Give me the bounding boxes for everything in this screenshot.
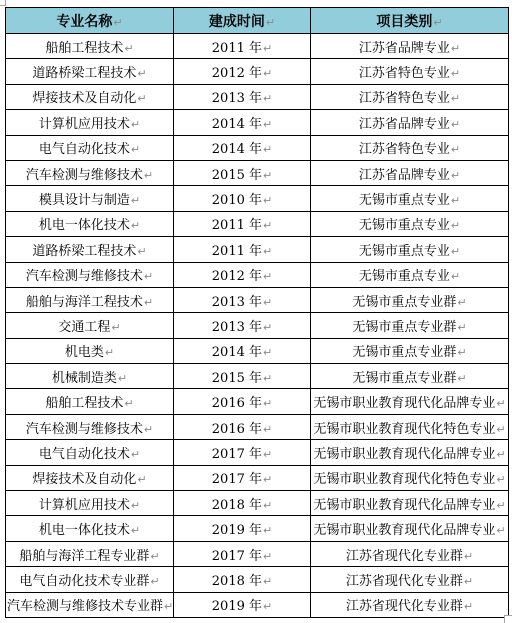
- paragraph-mark-icon: ↵: [496, 397, 505, 410]
- col-header-major-name[interactable]: 专业名称↵: [6, 8, 174, 34]
- project-category-cell[interactable]: 江苏省现代化专业群↵: [311, 541, 509, 566]
- paragraph-mark-icon: ↵: [263, 346, 272, 359]
- built-year-cell[interactable]: 2012 年↵: [174, 262, 311, 287]
- built-year-cell[interactable]: 2014 年↵: [174, 135, 311, 160]
- built-year-cell[interactable]: 2017 年↵: [174, 465, 311, 490]
- table-row: 计算机应用技术↵2014 年↵江苏省品牌专业↵: [6, 110, 509, 135]
- project-category-cell[interactable]: 无锡市重点专业↵: [311, 186, 509, 211]
- major-name-cell[interactable]: 汽车检测与维修技术↵: [6, 262, 174, 287]
- cell-text: 江苏省品牌专业: [359, 41, 450, 56]
- cell-text: 无锡市职业教育现代化品牌专业: [313, 447, 495, 462]
- paragraph-mark-icon: ↵: [144, 169, 153, 182]
- major-name-cell[interactable]: 道路桥梁工程技术↵: [6, 237, 174, 262]
- paragraph-mark-icon: ↵: [451, 118, 460, 131]
- paragraph-mark-icon: ↵: [263, 245, 272, 258]
- table-row: 汽车检测与维修技术↵2012 年↵无锡市重点专业↵: [6, 262, 509, 287]
- col-header-built-year[interactable]: 建成时间↵: [174, 8, 311, 34]
- paragraph-mark-icon: ↵: [118, 372, 127, 385]
- paragraph-mark-icon: ↵: [496, 499, 505, 512]
- project-category-cell[interactable]: 江苏省特色专业↵: [311, 59, 509, 84]
- cell-text: 焊接技术及自动化: [32, 91, 136, 106]
- paragraph-mark-icon: ↵: [150, 550, 159, 563]
- cell-text: 机电类: [65, 345, 104, 360]
- cell-text: 2015 年: [212, 168, 262, 183]
- cell-text: 江苏省现代化专业群: [346, 549, 463, 564]
- project-category-cell[interactable]: 江苏省品牌专业↵: [311, 34, 509, 59]
- paragraph-mark-icon: ↵: [263, 118, 272, 131]
- project-category-cell[interactable]: 江苏省品牌专业↵: [311, 160, 509, 185]
- project-category-cell[interactable]: 无锡市重点专业↵: [311, 237, 509, 262]
- paragraph-mark-icon: ↵: [263, 397, 272, 410]
- cell-text: 江苏省现代化专业群: [346, 599, 463, 614]
- table-row: 计算机应用技术↵2018 年↵无锡市职业教育现代化品牌专业↵: [6, 491, 509, 516]
- built-year-cell[interactable]: 2014 年↵: [174, 338, 311, 363]
- major-name-cell[interactable]: 道路桥梁工程技术↵: [6, 59, 174, 84]
- cell-text: 无锡市重点专业群: [352, 345, 456, 360]
- paragraph-mark-icon: ↵: [451, 219, 460, 232]
- major-name-cell[interactable]: 船舶与海洋工程专业群↵: [6, 541, 174, 566]
- paragraph-mark-icon: ↵: [263, 219, 272, 232]
- cell-text: 2019 年: [212, 599, 262, 614]
- paragraph-mark-icon: ↵: [263, 67, 272, 80]
- paragraph-mark-icon: ↵: [451, 143, 460, 156]
- cell-text: 江苏省特色专业: [359, 142, 450, 157]
- cell-text: 船舶与海洋工程技术: [26, 295, 143, 310]
- project-category-cell[interactable]: 江苏省现代化专业群↵: [311, 592, 509, 617]
- cell-text: 交通工程: [58, 320, 110, 335]
- cell-text: 2011 年: [212, 41, 262, 56]
- cell-text: 2018 年: [212, 498, 262, 513]
- majors-table: 专业名称↵ 建成时间↵ 项目类别↵ 船舶工程技术↵2011 年↵江苏省品牌专业↵…: [5, 7, 509, 618]
- major-name-cell[interactable]: 模具设计与制造↵: [6, 186, 174, 211]
- built-year-cell[interactable]: 2013 年↵: [174, 313, 311, 338]
- table-row: 电气自动化技术↵2017 年↵无锡市职业教育现代化品牌专业↵: [6, 440, 509, 465]
- paragraph-mark-icon: ↵: [451, 245, 460, 258]
- table-row: 模具设计与制造↵2010 年↵无锡市重点专业↵: [6, 186, 509, 211]
- built-year-cell[interactable]: 2014 年↵: [174, 110, 311, 135]
- table-row: 电气自动化技术专业群↵2018 年↵江苏省现代化专业群↵: [6, 567, 509, 592]
- cell-text: 2014 年: [212, 345, 262, 360]
- paragraph-mark-icon: ↵: [433, 16, 442, 29]
- paragraph-mark-icon: ↵: [263, 296, 272, 309]
- paragraph-mark-icon: ↵: [144, 296, 153, 309]
- cell-text: 计算机应用技术: [39, 498, 130, 513]
- project-category-cell[interactable]: 无锡市重点专业↵: [311, 262, 509, 287]
- built-year-cell[interactable]: 2012 年↵: [174, 59, 311, 84]
- built-year-cell[interactable]: 2016 年↵: [174, 414, 311, 439]
- cell-text: 江苏省特色专业: [359, 91, 450, 106]
- table-row: 道路桥梁工程技术↵2011 年↵无锡市重点专业↵: [6, 237, 509, 262]
- paragraph-mark-icon: ↵: [451, 270, 460, 283]
- major-name-cell[interactable]: 船舶工程技术↵: [6, 34, 174, 59]
- table-row: 交通工程↵2013 年↵无锡市重点专业群↵: [6, 313, 509, 338]
- cell-text: 船舶工程技术: [45, 396, 123, 411]
- major-name-cell[interactable]: 计算机应用技术↵: [6, 110, 174, 135]
- paragraph-mark-icon: ↵: [150, 575, 159, 588]
- cell-text: 无锡市职业教育现代化特色专业: [313, 472, 495, 487]
- built-year-cell[interactable]: 2015 年↵: [174, 364, 311, 389]
- major-name-cell[interactable]: 机电类↵: [6, 338, 174, 363]
- cell-text: 船舶工程技术: [45, 41, 123, 56]
- major-name-cell[interactable]: 机电一体化技术↵: [6, 211, 174, 236]
- major-name-cell[interactable]: 电气自动化技术↵: [6, 135, 174, 160]
- paragraph-mark-icon: ↵: [263, 270, 272, 283]
- built-year-cell[interactable]: 2017 年↵: [174, 440, 311, 465]
- table-row: 机械制造类↵2015 年↵无锡市重点专业群↵: [6, 364, 509, 389]
- table-row: 汽车检测与维修技术↵2015 年↵江苏省品牌专业↵: [6, 160, 509, 185]
- major-name-cell[interactable]: 焊接技术及自动化↵: [6, 465, 174, 490]
- paragraph-mark-icon: ↵: [131, 118, 140, 131]
- major-name-cell[interactable]: 船舶与海洋工程技术↵: [6, 287, 174, 312]
- cell-text: 无锡市职业教育现代化品牌专业: [313, 523, 495, 538]
- cell-text: 电气自动化技术专业群: [19, 574, 149, 589]
- table-row: 汽车检测与维修技术专业群↵2019 年↵江苏省现代化专业群↵: [6, 592, 509, 617]
- paragraph-mark-icon: ↵: [263, 423, 272, 436]
- table-row: 机电类↵2014 年↵无锡市重点专业群↵: [6, 338, 509, 363]
- cell-text: 2017 年: [212, 549, 262, 564]
- cell-text: 汽车检测与维修技术: [26, 269, 143, 284]
- table-row: 焊接技术及自动化↵2017 年↵无锡市职业教育现代化特色专业↵: [6, 465, 509, 490]
- cell-text: 2012 年: [212, 269, 262, 284]
- project-category-cell[interactable]: 江苏省品牌专业↵: [311, 110, 509, 135]
- built-year-cell[interactable]: 2019 年↵: [174, 592, 311, 617]
- table-row: 汽车检测与维修技术↵2016 年↵无锡市职业教育现代化特色专业↵: [6, 414, 509, 439]
- cell-text: 2017 年: [212, 447, 262, 462]
- project-category-cell[interactable]: 江苏省现代化专业群↵: [311, 567, 509, 592]
- cell-text: 2019 年: [212, 523, 262, 538]
- cell-text: 无锡市重点专业群: [352, 371, 456, 386]
- cell-text: 汽车检测与维修技术专业群: [7, 599, 163, 614]
- paragraph-mark-icon: ↵: [263, 473, 272, 486]
- paragraph-mark-icon: ↵: [263, 600, 272, 613]
- paragraph-mark-icon: ↵: [457, 296, 466, 309]
- paragraph-mark-icon: ↵: [144, 423, 153, 436]
- project-category-cell[interactable]: 无锡市重点专业↵: [311, 211, 509, 236]
- cell-text: 机电一体化技术: [39, 523, 130, 538]
- cell-text: 机电一体化技术: [39, 218, 130, 233]
- table-row: 船舶工程技术↵2011 年↵江苏省品牌专业↵: [6, 34, 509, 59]
- paragraph-mark-icon: ↵: [263, 524, 272, 537]
- paragraph-mark-icon: ↵: [263, 321, 272, 334]
- paragraph-mark-icon: ↵: [263, 42, 272, 55]
- cell-text: 无锡市重点专业群: [352, 295, 456, 310]
- paragraph-mark-icon: ↵: [496, 423, 505, 436]
- paragraph-mark-icon: ↵: [137, 67, 146, 80]
- paragraph-mark-icon: ↵: [496, 524, 505, 537]
- cell-text: 2013 年: [212, 320, 262, 335]
- project-category-cell[interactable]: 无锡市重点专业群↵: [311, 364, 509, 389]
- cell-text: 无锡市职业教育现代化品牌专业: [313, 498, 495, 513]
- paragraph-mark-icon: ↵: [124, 397, 133, 410]
- cell-text: 2015 年: [212, 371, 262, 386]
- paragraph-mark-icon: ↵: [263, 169, 272, 182]
- project-category-cell[interactable]: 无锡市职业教育现代化品牌专业↵: [311, 389, 509, 414]
- major-name-cell[interactable]: 汽车检测与维修技术↵: [6, 160, 174, 185]
- built-year-cell[interactable]: 2010 年↵: [174, 186, 311, 211]
- paragraph-mark-icon: ↵: [111, 321, 120, 334]
- major-name-cell[interactable]: 汽车检测与维修技术专业群↵: [6, 592, 174, 617]
- built-year-cell[interactable]: 2015 年↵: [174, 160, 311, 185]
- paragraph-mark-icon: ↵: [263, 372, 272, 385]
- major-name-cell[interactable]: 电气自动化技术↵: [6, 440, 174, 465]
- cell-text: 汽车检测与维修技术: [26, 422, 143, 437]
- project-category-cell[interactable]: 无锡市职业教育现代化品牌专业↵: [311, 516, 509, 541]
- cell-text: 无锡市职业教育现代化特色专业: [313, 422, 495, 437]
- cell-text: 电气自动化技术: [39, 142, 130, 157]
- cell-text: 机械制造类: [52, 371, 117, 386]
- cell-text: 计算机应用技术: [39, 117, 130, 132]
- paragraph-mark-icon: ↵: [124, 42, 133, 55]
- project-category-cell[interactable]: 无锡市职业教育现代化特色专业↵: [311, 414, 509, 439]
- paragraph-mark-icon: ↵: [496, 473, 505, 486]
- paragraph-mark-icon: ↵: [131, 219, 140, 232]
- cell-text: 道路桥梁工程技术: [32, 244, 136, 259]
- project-category-cell[interactable]: 江苏省特色专业↵: [311, 84, 509, 109]
- cell-text: 道路桥梁工程技术: [32, 66, 136, 81]
- built-year-cell[interactable]: 2011 年↵: [174, 211, 311, 236]
- major-name-cell[interactable]: 焊接技术及自动化↵: [6, 84, 174, 109]
- table-row: 电气自动化技术↵2014 年↵江苏省特色专业↵: [6, 135, 509, 160]
- major-name-cell[interactable]: 机电一体化技术↵: [6, 516, 174, 541]
- header-text: 建成时间: [209, 14, 265, 30]
- paragraph-mark-icon: ↵: [451, 92, 460, 105]
- header-text: 项目类别: [376, 14, 432, 30]
- built-year-cell[interactable]: 2019 年↵: [174, 516, 311, 541]
- header-row: 专业名称↵ 建成时间↵ 项目类别↵: [6, 8, 509, 34]
- project-category-cell[interactable]: 无锡市职业教育现代化品牌专业↵: [311, 491, 509, 516]
- cell-text: 无锡市职业教育现代化品牌专业: [313, 396, 495, 411]
- built-year-cell[interactable]: 2018 年↵: [174, 491, 311, 516]
- paragraph-mark-icon: ↵: [131, 448, 140, 461]
- table-row: 机电一体化技术↵2019 年↵无锡市职业教育现代化品牌专业↵: [6, 516, 509, 541]
- cell-text: 2011 年: [212, 244, 262, 259]
- cell-text: 2014 年: [212, 142, 262, 157]
- project-category-cell[interactable]: 无锡市重点专业群↵: [311, 287, 509, 312]
- built-year-cell[interactable]: 2016 年↵: [174, 389, 311, 414]
- paragraph-mark-icon: ↵: [464, 550, 473, 563]
- paragraph-mark-icon: ↵: [451, 169, 460, 182]
- paragraph-mark-icon: ↵: [263, 575, 272, 588]
- cell-text: 汽车检测与维修技术: [26, 168, 143, 183]
- table-move-handle-icon[interactable]: [0, 0, 6, 6]
- cell-text: 2010 年: [212, 193, 262, 208]
- cell-text: 2016 年: [212, 422, 262, 437]
- paragraph-mark-icon: ↵: [164, 600, 173, 613]
- paragraph-mark-icon: ↵: [113, 16, 122, 29]
- project-category-cell[interactable]: 无锡市重点专业群↵: [311, 313, 509, 338]
- cell-text: 2016 年: [212, 396, 262, 411]
- paragraph-mark-icon: ↵: [131, 524, 140, 537]
- table-row: 机电一体化技术↵2011 年↵无锡市重点专业↵: [6, 211, 509, 236]
- built-year-cell[interactable]: 2013 年↵: [174, 84, 311, 109]
- paragraph-mark-icon: ↵: [496, 448, 505, 461]
- header-text: 专业名称: [56, 14, 112, 30]
- paragraph-mark-icon: ↵: [263, 499, 272, 512]
- cell-text: 无锡市重点专业: [359, 193, 450, 208]
- paragraph-mark-icon: ↵: [137, 245, 146, 258]
- cell-text: 无锡市重点专业: [359, 218, 450, 233]
- cell-text: 2017 年: [212, 472, 262, 487]
- table-body: 船舶工程技术↵2011 年↵江苏省品牌专业↵道路桥梁工程技术↵2012 年↵江苏…: [6, 34, 509, 618]
- cell-text: 电气自动化技术: [39, 447, 130, 462]
- table-row: 船舶与海洋工程技术↵2013 年↵无锡市重点专业群↵: [6, 287, 509, 312]
- cell-text: 江苏省现代化专业群: [346, 574, 463, 589]
- cell-text: 江苏省品牌专业: [359, 117, 450, 132]
- paragraph-mark-icon: ↵: [137, 473, 146, 486]
- table-resize-handle-icon[interactable]: [504, 615, 512, 623]
- paragraph-mark-icon: ↵: [263, 550, 272, 563]
- major-name-cell[interactable]: 计算机应用技术↵: [6, 491, 174, 516]
- table-row: 道路桥梁工程技术↵2012 年↵江苏省特色专业↵: [6, 59, 509, 84]
- cell-text: 江苏省特色专业: [359, 66, 450, 81]
- major-name-cell[interactable]: 电气自动化技术专业群↵: [6, 567, 174, 592]
- cell-text: 2013 年: [212, 295, 262, 310]
- cell-text: 2012 年: [212, 66, 262, 81]
- paragraph-mark-icon: ↵: [263, 448, 272, 461]
- paragraph-mark-icon: ↵: [105, 346, 114, 359]
- cell-text: 焊接技术及自动化: [32, 472, 136, 487]
- table-row: 船舶与海洋工程专业群↵2017 年↵江苏省现代化专业群↵: [6, 541, 509, 566]
- cell-text: 无锡市重点专业: [359, 244, 450, 259]
- paragraph-mark-icon: ↵: [144, 270, 153, 283]
- major-name-cell[interactable]: 汽车检测与维修技术↵: [6, 414, 174, 439]
- paragraph-mark-icon: ↵: [451, 67, 460, 80]
- paragraph-mark-icon: ↵: [263, 143, 272, 156]
- project-category-cell[interactable]: 无锡市重点专业群↵: [311, 338, 509, 363]
- paragraph-mark-icon: ↵: [137, 92, 146, 105]
- paragraph-mark-icon: ↵: [266, 16, 275, 29]
- built-year-cell[interactable]: 2017 年↵: [174, 541, 311, 566]
- cell-text: 2018 年: [212, 574, 262, 589]
- built-year-cell[interactable]: 2011 年↵: [174, 34, 311, 59]
- cell-text: 江苏省品牌专业: [359, 168, 450, 183]
- paragraph-mark-icon: ↵: [457, 321, 466, 334]
- cell-text: 2013 年: [212, 91, 262, 106]
- project-category-cell[interactable]: 无锡市职业教育现代化特色专业↵: [311, 465, 509, 490]
- cell-text: 2011 年: [212, 218, 262, 233]
- paragraph-mark-icon: ↵: [263, 194, 272, 207]
- project-category-cell[interactable]: 无锡市职业教育现代化品牌专业↵: [311, 440, 509, 465]
- paragraph-mark-icon: ↵: [263, 92, 272, 105]
- cell-text: 模具设计与制造: [39, 193, 130, 208]
- major-name-cell[interactable]: 交通工程↵: [6, 313, 174, 338]
- built-year-cell[interactable]: 2013 年↵: [174, 287, 311, 312]
- paragraph-mark-icon: ↵: [464, 575, 473, 588]
- cell-text: 船舶与海洋工程专业群: [19, 549, 149, 564]
- col-header-project-category[interactable]: 项目类别↵: [311, 8, 509, 34]
- paragraph-mark-icon: ↵: [464, 600, 473, 613]
- paragraph-mark-icon: ↵: [131, 143, 140, 156]
- cell-text: 无锡市重点专业群: [352, 320, 456, 335]
- built-year-cell[interactable]: 2018 年↵: [174, 567, 311, 592]
- cell-text: 2014 年: [212, 117, 262, 132]
- paragraph-mark-icon: ↵: [451, 42, 460, 55]
- table-row: 船舶工程技术↵2016 年↵无锡市职业教育现代化品牌专业↵: [6, 389, 509, 414]
- paragraph-mark-icon: ↵: [457, 346, 466, 359]
- paragraph-mark-icon: ↵: [451, 194, 460, 207]
- built-year-cell[interactable]: 2011 年↵: [174, 237, 311, 262]
- project-category-cell[interactable]: 江苏省特色专业↵: [311, 135, 509, 160]
- table-row: 焊接技术及自动化↵2013 年↵江苏省特色专业↵: [6, 84, 509, 109]
- major-name-cell[interactable]: 机械制造类↵: [6, 364, 174, 389]
- cell-text: 无锡市重点专业: [359, 269, 450, 284]
- paragraph-mark-icon: ↵: [131, 194, 140, 207]
- paragraph-mark-icon: ↵: [457, 372, 466, 385]
- paragraph-mark-icon: ↵: [131, 499, 140, 512]
- major-name-cell[interactable]: 船舶工程技术↵: [6, 389, 174, 414]
